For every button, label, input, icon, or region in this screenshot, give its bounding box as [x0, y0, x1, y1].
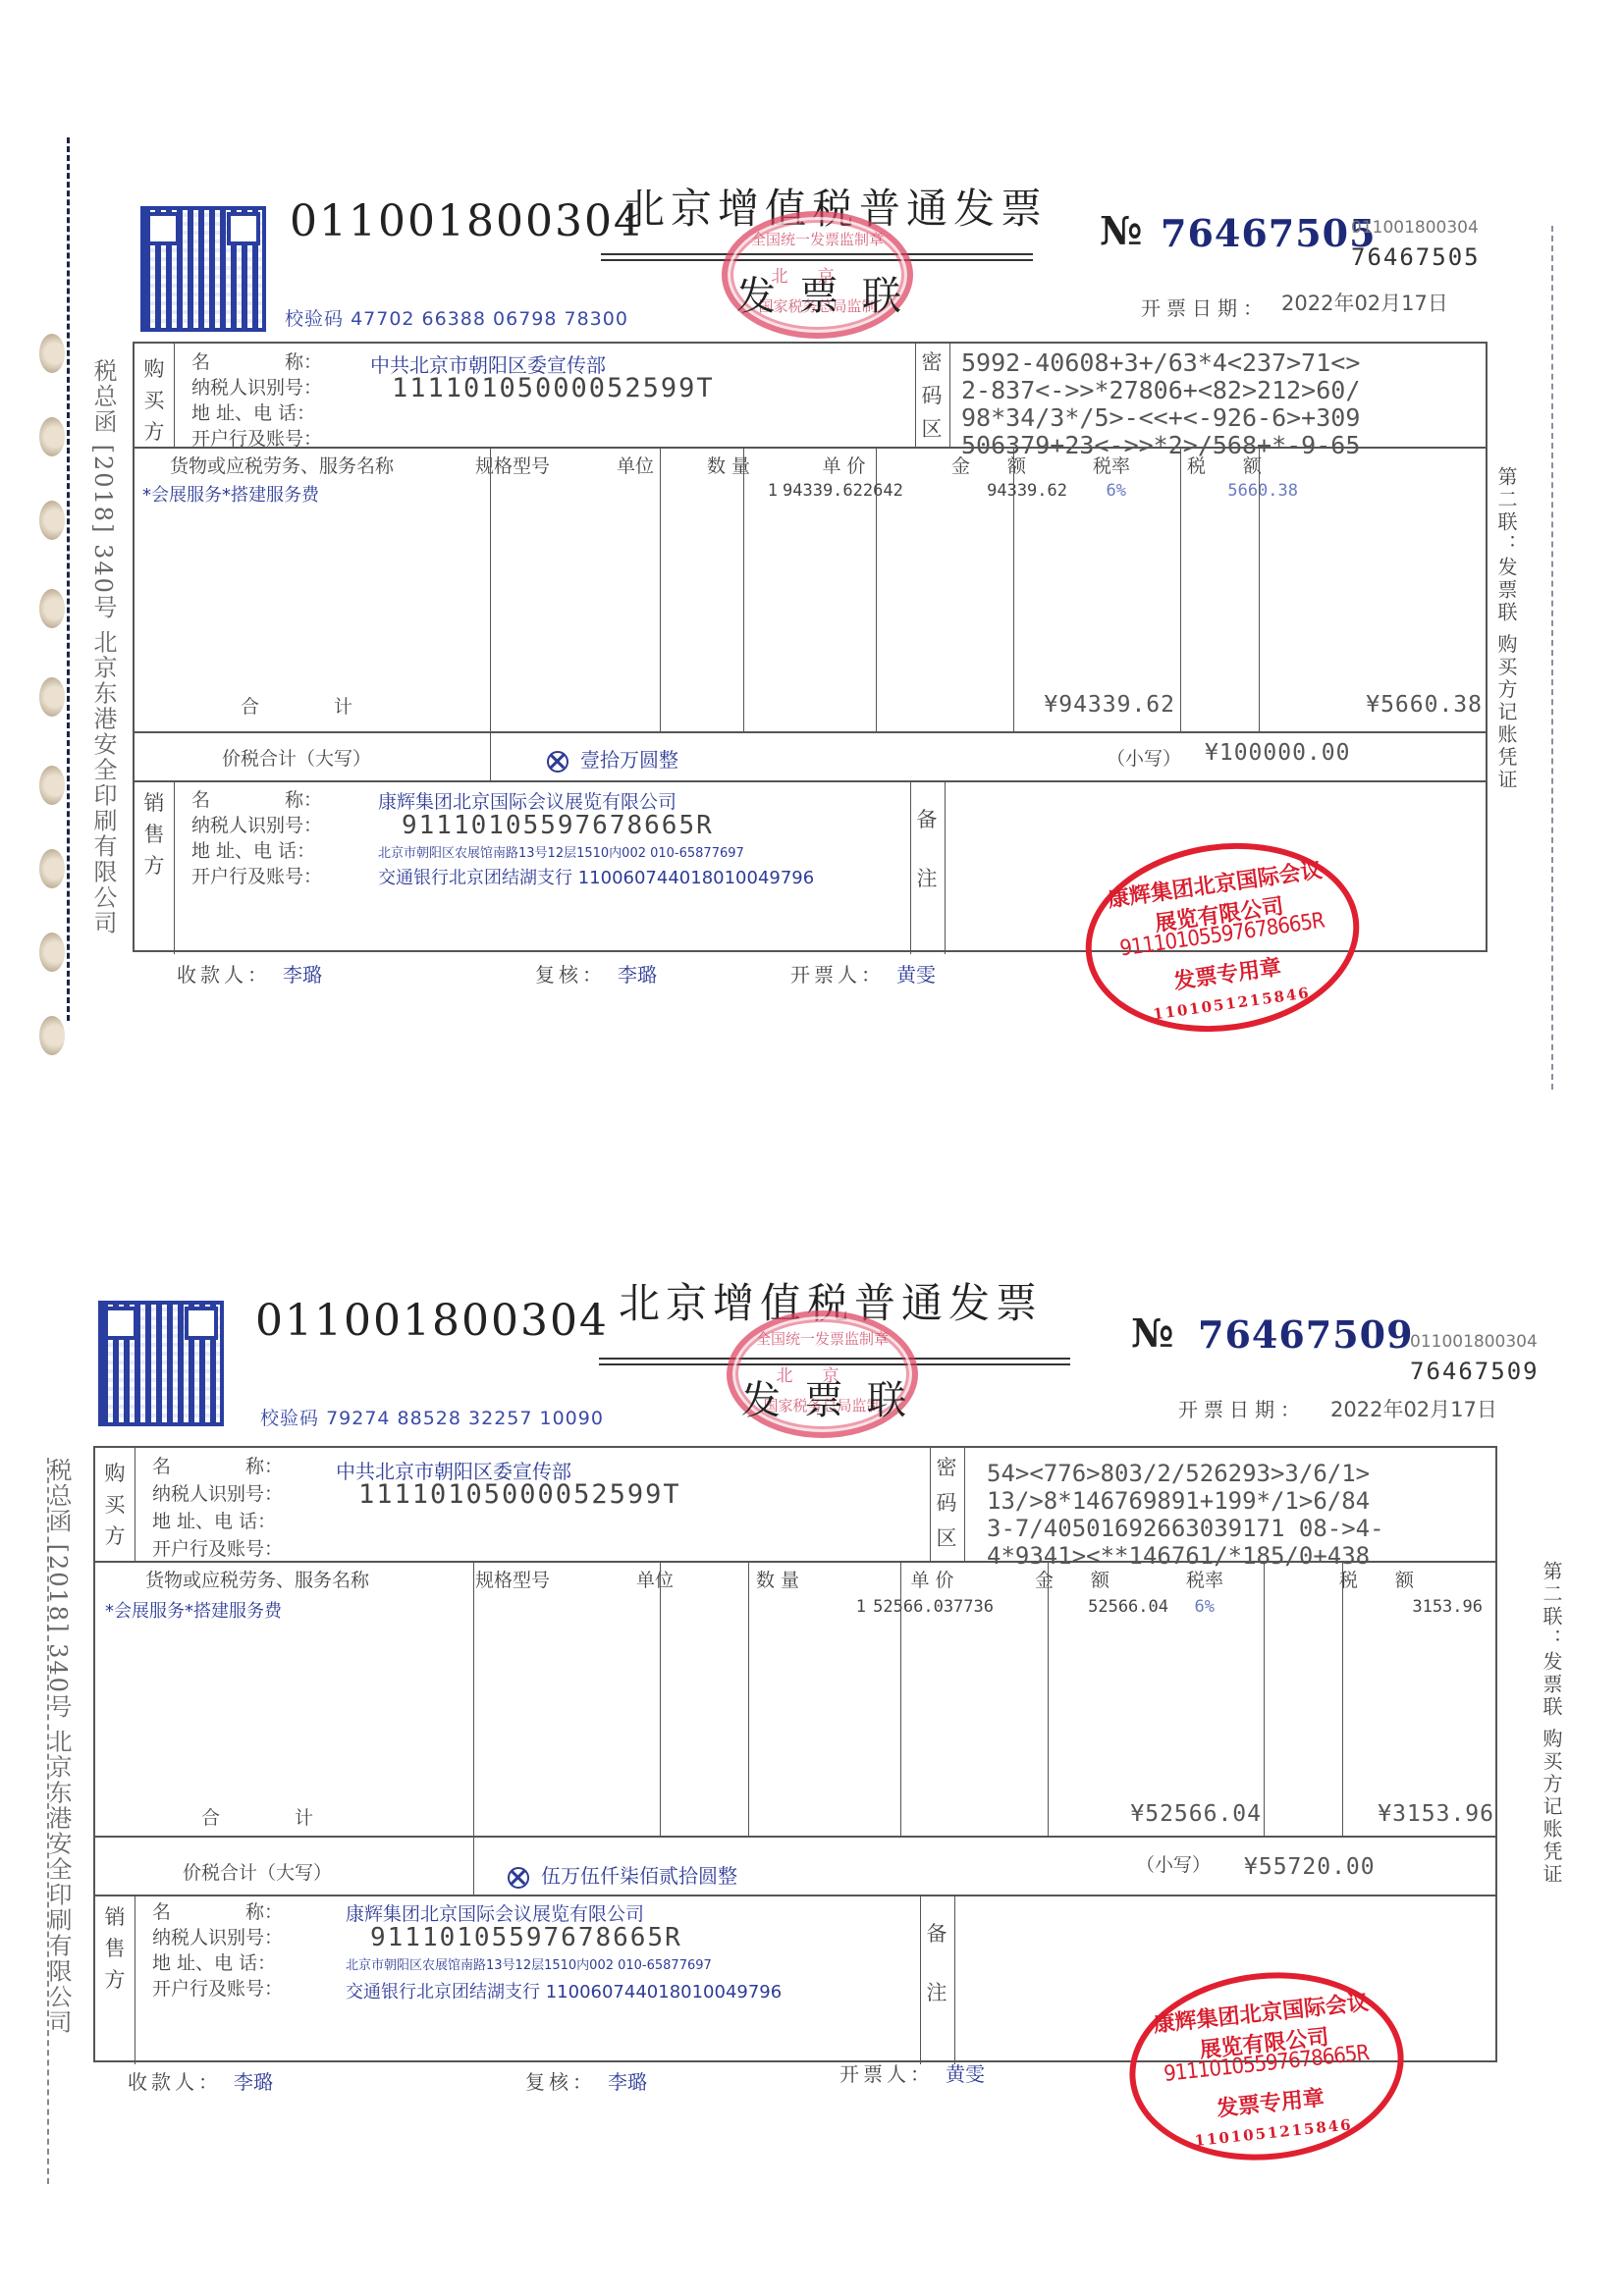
- invoice-code-small: 011001800304: [1410, 1332, 1538, 1352]
- buyer-tax-id: 11110105000052599T: [358, 1479, 681, 1510]
- col-spec: 规格型号: [419, 1566, 606, 1592]
- issuer: 开票人：黄雯: [790, 959, 936, 988]
- seller-bank: 交通银行北京团结湖支行 110060744018010049796: [378, 864, 814, 889]
- cipher-text: 54><776>803/2/526293>3/6/1> 13/>8*146769…: [987, 1460, 1384, 1570]
- seller-name: 康辉集团北京国际会议展览有限公司: [346, 1899, 644, 1926]
- invoice-number: 76467505: [1161, 211, 1377, 255]
- invoice-date: 2022年02月17日: [1330, 1394, 1497, 1423]
- seller-bank-label: 开户行及账号：: [152, 1974, 283, 2001]
- cipher-text: 5992-40608+3+/63*4<237>71<> 2-837<->>*27…: [961, 349, 1360, 459]
- reviewer: 复核：李璐: [525, 2066, 647, 2095]
- binding-holes: [39, 324, 69, 1129]
- invoice-number-small: 76467505: [1351, 243, 1481, 271]
- col-rate: 税率: [1165, 1566, 1244, 1592]
- col-amount: 金 额: [905, 452, 1072, 478]
- remarks-label: 备注: [915, 790, 939, 908]
- invoice-table: 购买方 名 称： 纳税人识别号： 地 址、电 话： 开户行及账号： 中共北京市朝…: [93, 1446, 1497, 2062]
- check-code: 校验码 47702 66388 06798 78300: [285, 304, 628, 331]
- item-name: *会展服务*搭建服务费: [105, 1597, 282, 1623]
- col-qty: 数 量: [675, 452, 783, 478]
- buyer-bank-label: 开户行及账号：: [152, 1534, 283, 1561]
- total-tax: ¥5660.38: [1259, 692, 1483, 718]
- buyer-address-label: 地 址、电 话：: [191, 399, 315, 425]
- col-item: 货物或应税劳务、服务名称: [135, 452, 429, 478]
- seller-name-label: 名 称：: [152, 1897, 283, 1924]
- cipher-area-label: 密码区: [935, 1450, 958, 1556]
- perforation-line: [67, 137, 70, 1021]
- total-capital: 壹拾万圆整: [547, 744, 678, 773]
- check-code: 校验码 79274 88528 32257 10090: [260, 1404, 604, 1430]
- buyer-side-label: 购买方: [142, 353, 166, 448]
- seller-name: 康辉集团北京国际会议展览有限公司: [378, 787, 676, 814]
- copy-note: 第二联：发票联 购买方记账凭证: [1494, 466, 1518, 791]
- reviewer: 复核：李璐: [535, 959, 657, 988]
- total-label: 合 计: [95, 1803, 419, 1830]
- item-name: *会展服务*搭建服务费: [142, 481, 319, 507]
- qr-code-icon: [140, 206, 266, 332]
- cross-circle-icon: [508, 1867, 529, 1889]
- col-tax: 税 额: [1151, 452, 1298, 478]
- invoice-code: 011001800304: [290, 196, 643, 246]
- payee: 收款人：李璐: [128, 2066, 273, 2095]
- item-price: 94339.622642: [783, 481, 902, 501]
- item-price: 52566.037736: [871, 1597, 994, 1617]
- item-rate: 6%: [1072, 481, 1126, 501]
- buyer-tax-id: 11110105000052599T: [392, 373, 715, 403]
- qr-code-icon: [98, 1301, 224, 1426]
- copy-note: 第二联：发票联 购买方记账凭证: [1540, 1561, 1563, 1886]
- total-small-label: （小写）: [1107, 744, 1181, 771]
- buyer-taxid-label: 纳税人识别号：: [191, 373, 322, 400]
- remarks-label: 备注: [925, 1904, 948, 2022]
- col-qty: 数 量: [704, 1566, 851, 1592]
- total-amount: ¥94339.62: [1013, 692, 1175, 718]
- item-amount: 52566.04: [994, 1597, 1168, 1617]
- buyer-name-label: 名 称：: [191, 347, 322, 374]
- total-capital-label: 价税合计（大写）: [135, 744, 459, 771]
- number-symbol: №: [1100, 208, 1142, 254]
- seller-address: 北京市朝阳区农展馆南路13号12层1510内002 010-65877697: [378, 842, 744, 861]
- col-price: 单 价: [783, 452, 905, 478]
- cross-circle-icon: [547, 751, 568, 773]
- item-tax: 3153.96: [1259, 1597, 1483, 1617]
- col-amount: 金 额: [979, 1566, 1165, 1592]
- seller-address-label: 地 址、电 话：: [152, 1949, 276, 1975]
- seller-side-label: 销售方: [103, 1901, 127, 1996]
- invoice-2: 税总函 [2018] 340号 北京东港安全印刷有限公司 01100180030…: [0, 1222, 1623, 2204]
- seller-bank: 交通银行北京团结湖支行 110060744018010049796: [346, 1978, 782, 2003]
- item-qty: 1: [675, 481, 778, 501]
- col-price: 单 价: [871, 1566, 994, 1592]
- col-rate: 税率: [1072, 452, 1151, 478]
- seller-name-label: 名 称：: [191, 785, 322, 812]
- seller-taxid-label: 纳税人识别号：: [191, 811, 322, 837]
- printer-note: 税总函 [2018] 340号 北京东港安全印刷有限公司: [41, 1458, 76, 2036]
- col-spec: 规格型号: [429, 452, 596, 478]
- invoice-number: 76467509: [1198, 1312, 1414, 1357]
- invoice-code: 011001800304: [255, 1296, 609, 1346]
- copy-type: 发票联: [741, 1369, 930, 1425]
- invoice-date: 2022年02月17日: [1281, 288, 1448, 317]
- col-item: 货物或应税劳务、服务名称: [95, 1566, 419, 1592]
- total-capital: 伍万伍仟柒佰贰拾圆整: [508, 1860, 737, 1889]
- cipher-area-label: 密码区: [920, 346, 944, 446]
- buyer-address-label: 地 址、电 话：: [152, 1507, 276, 1533]
- buyer-taxid-label: 纳税人识别号：: [152, 1479, 283, 1506]
- seller-side-label: 销售方: [142, 787, 166, 881]
- seller-address: 北京市朝阳区农展馆南路13号12层1510内002 010-65877697: [346, 1954, 712, 1973]
- col-unit: 单位: [606, 1566, 704, 1592]
- payee: 收款人：李璐: [177, 959, 322, 988]
- item-qty: 1: [704, 1597, 866, 1617]
- seller-tax-id: 91110105597678665R: [370, 1923, 682, 1952]
- date-label: 开票日期：: [1178, 1394, 1306, 1422]
- col-tax: 税 额: [1264, 1566, 1489, 1592]
- total-small: ¥100000.00: [1205, 740, 1350, 766]
- total-label: 合 计: [135, 692, 459, 719]
- perforation-line-right: [1551, 226, 1553, 1090]
- total-capital-label: 价税合计（大写）: [95, 1858, 419, 1885]
- buyer-name-label: 名 称：: [152, 1452, 283, 1478]
- issuer: 开票人：黄雯: [839, 2058, 985, 2087]
- date-label: 开票日期：: [1141, 293, 1269, 321]
- invoice-1: 税总函 [2018] 340号 北京东港安全印刷有限公司 01100180030…: [0, 128, 1623, 1109]
- number-symbol: №: [1131, 1310, 1173, 1357]
- total-small-label: （小写）: [1136, 1850, 1211, 1877]
- buyer-side-label: 购买方: [103, 1458, 127, 1552]
- invoice-number-small: 76467509: [1410, 1358, 1540, 1385]
- total-amount: ¥52566.04: [1048, 1801, 1262, 1827]
- copy-type: 发票联: [736, 265, 925, 321]
- seller-tax-id: 91110105597678665R: [402, 811, 714, 840]
- total-tax: ¥3153.96: [1342, 1801, 1494, 1827]
- col-unit: 单位: [596, 452, 675, 478]
- item-rate: 6%: [1165, 1597, 1215, 1617]
- seller-bank-label: 开户行及账号：: [191, 862, 322, 888]
- total-small: ¥55720.00: [1244, 1854, 1376, 1880]
- item-amount: 94339.62: [905, 481, 1067, 501]
- printer-note: 税总函 [2018] 340号 北京东港安全印刷有限公司: [86, 358, 121, 936]
- item-tax: 5660.38: [1151, 481, 1298, 501]
- seller-address-label: 地 址、电 话：: [191, 836, 315, 863]
- invoice-code-small: 011001800304: [1351, 218, 1479, 238]
- seller-taxid-label: 纳税人识别号：: [152, 1923, 283, 1949]
